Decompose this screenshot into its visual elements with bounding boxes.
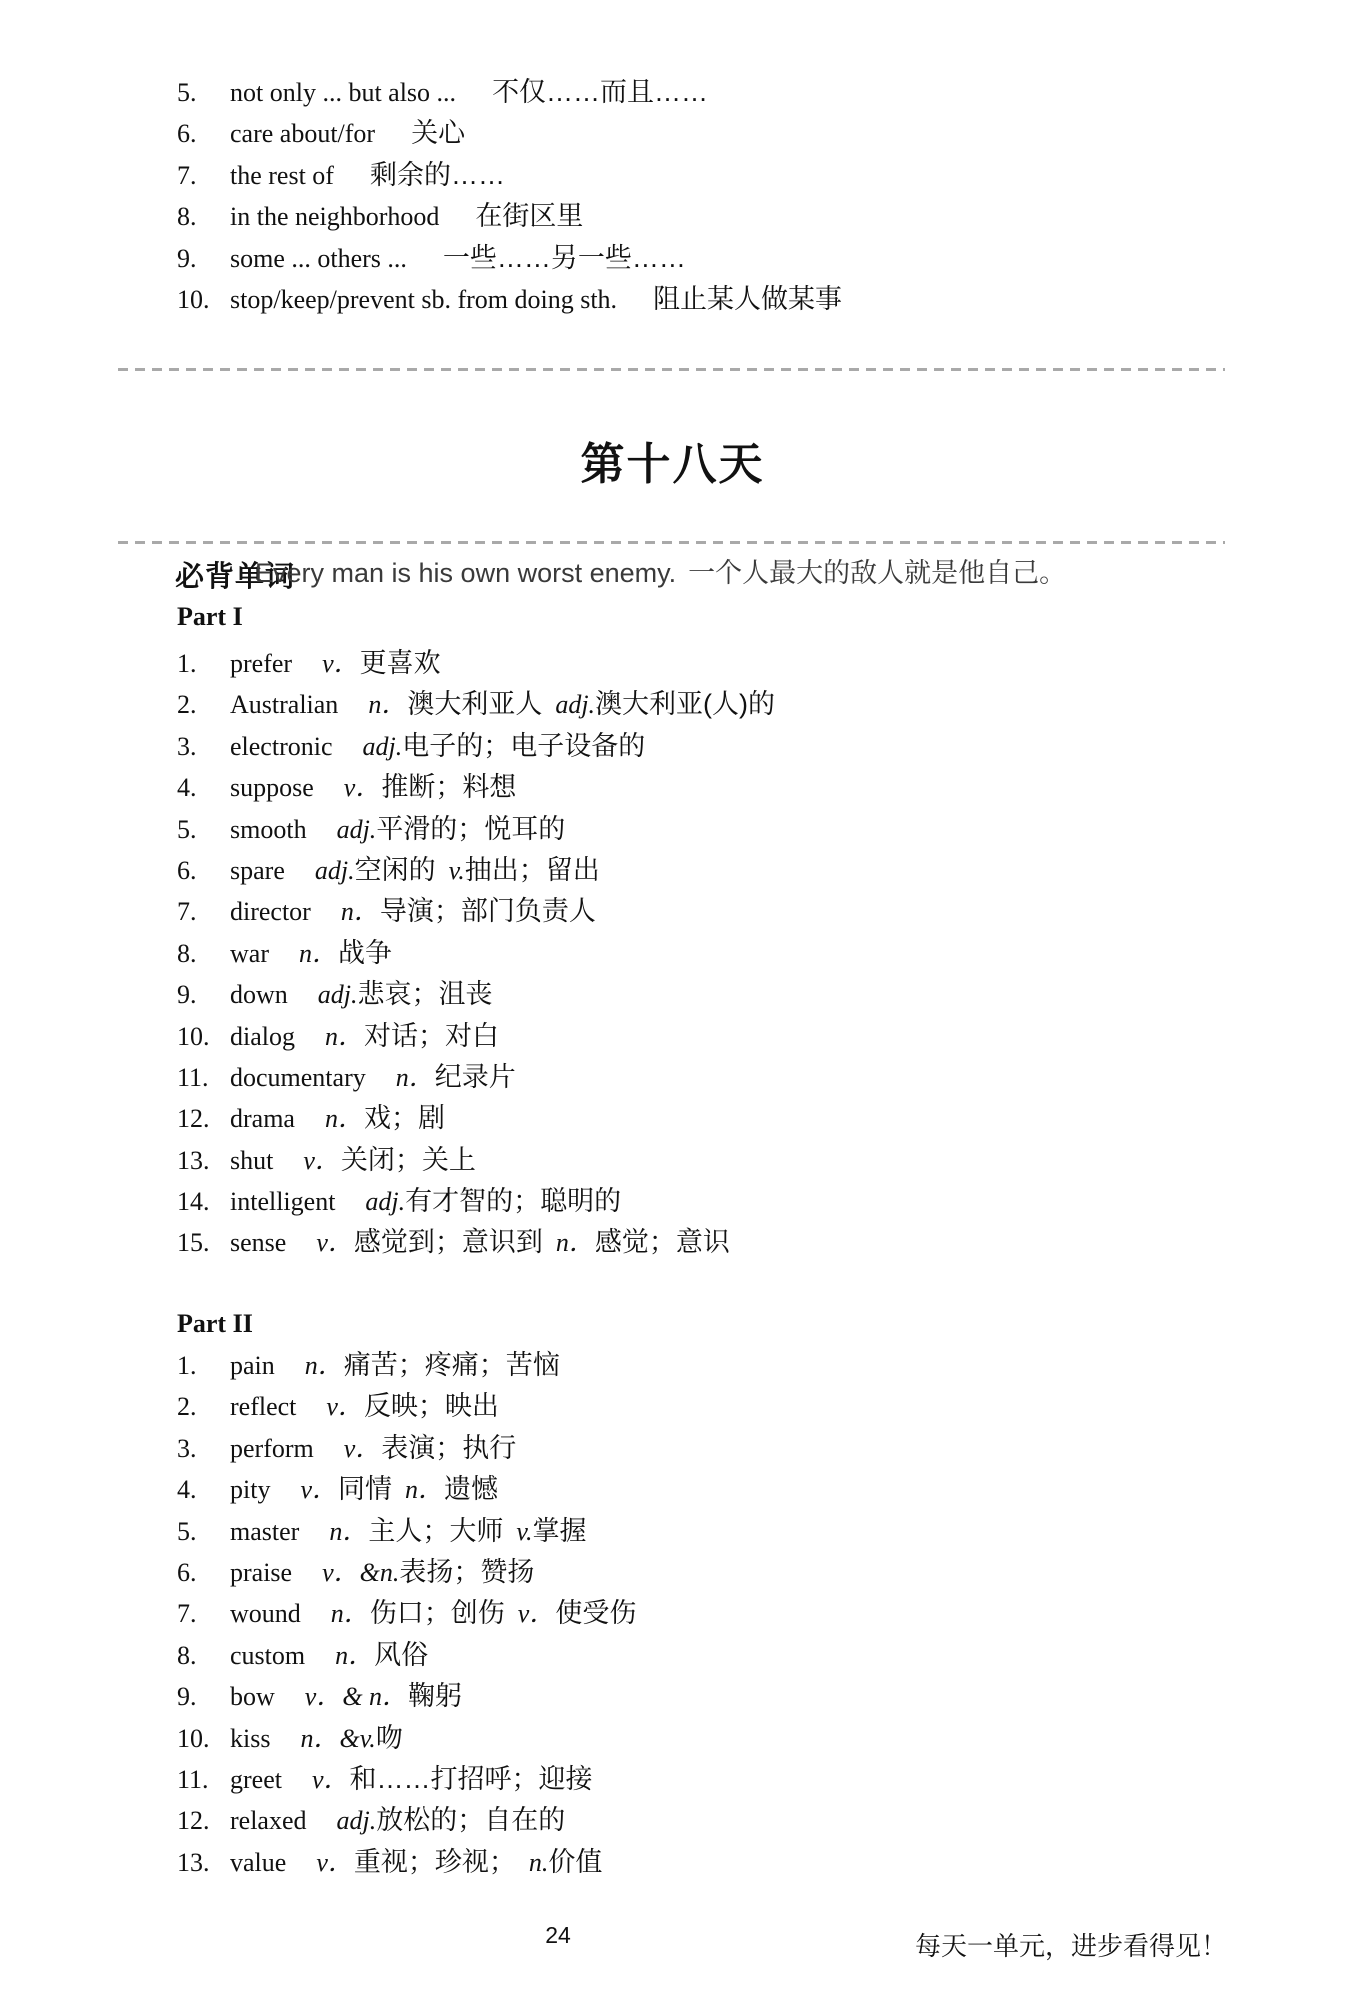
item-english: suppose [230,773,314,802]
chinese-meaning: 主人；大师 [368,1516,503,1546]
item-english: intelligent [230,1187,335,1216]
item-english: some ... others ... [230,244,407,273]
definition-segment: v．同情 [300,1485,392,1502]
chinese-meaning: 更喜欢 [360,648,441,678]
vocab-item: 13.shutv．关闭；关上 [177,1140,1265,1181]
phrase-list: 5.not only ... but also ...不仅……而且…… 6.ca… [177,72,1265,320]
footer-page-number: 24 [545,1922,571,1949]
vocab-item: 1.painn．痛苦；疼痛；苦恼 [177,1345,1265,1386]
item-definition: n．导演；部门负责人 [341,907,596,924]
item-definition: v．关闭；关上 [303,1156,476,1173]
part-of-speech: n． [335,1641,374,1670]
part1-heading: Part I [177,602,243,632]
definition-segment: n．澳大利亚人 [368,700,542,717]
part-of-speech: n． [368,690,407,719]
vocab-item: 2.Australiann．澳大利亚人adj.澳大利亚(人)的 [177,684,1265,725]
vocab-item: 14.intelligentadj.有才智的；聪明的 [177,1181,1265,1222]
definition-segment: 不仅……而且…… [492,88,708,105]
chinese-meaning: 平滑的；悦耳的 [376,814,565,844]
definition-segment: v．表演；执行 [344,1444,517,1461]
item-definition: adj.放松的；自在的 [337,1816,566,1833]
chinese-meaning: 不仅……而且…… [492,77,708,107]
chinese-meaning: 戏；剧 [364,1103,445,1133]
chinese-meaning: 战争 [338,938,392,968]
item-number: 1. [177,643,230,684]
definition-segment: n．对话；对白 [325,1032,499,1049]
chinese-meaning: 导演；部门负责人 [380,896,596,926]
chinese-meaning: 推断；料想 [381,772,516,802]
vocab-item: 9.some ... others ...一些……另一些…… [177,238,1265,279]
item-number: 12. [177,1098,230,1139]
chinese-meaning: 重视；珍视； [354,1847,516,1877]
vocab-item: 7.woundn．伤口；创伤v．使受伤 [177,1593,1265,1634]
vocab-item: 8.warn．战争 [177,933,1265,974]
chinese-meaning: 电子的；电子设备的 [402,731,645,761]
part-of-speech: adj. [337,815,377,844]
chinese-meaning: 吻 [376,1723,403,1753]
item-english: pain [230,1351,275,1380]
item-definition: v．推断；料想 [344,783,517,800]
item-definition: v．和……打招呼；迎接 [312,1775,593,1792]
definition-segment: 关心 [411,129,465,146]
item-english: smooth [230,815,307,844]
definition-segment: v．推断；料想 [344,783,517,800]
item-number: 5. [177,809,230,850]
item-definition: n．风俗 [335,1651,428,1668]
definition-segment: adj.澳大利亚(人)的 [555,700,775,717]
part-of-speech: n． [341,897,380,926]
item-definition: 阻止某人做某事 [653,295,842,312]
chinese-meaning: 表扬；赞扬 [399,1557,534,1587]
vocab-item: 11.greetv．和……打招呼；迎接 [177,1759,1265,1800]
definition-segment: n．风俗 [335,1651,428,1668]
item-definition: v．& n．鞠躬 [305,1692,462,1709]
item-number: 6. [177,1552,230,1593]
item-english: bow [230,1682,275,1711]
item-english: dialog [230,1022,295,1051]
vocab-item: 9.downadj.悲哀；沮丧 [177,974,1265,1015]
item-number: 10. [177,279,230,320]
chinese-meaning: 关心 [411,118,465,148]
item-definition: 一些……另一些…… [443,254,686,271]
vocab-item: 1.preferv．更喜欢 [177,643,1265,684]
item-definition: v．更喜欢 [322,659,441,676]
chinese-meaning: 澳大利亚人 [407,689,542,719]
item-english: reflect [230,1392,296,1421]
definition-segment: n．导演；部门负责人 [341,907,596,924]
definition-segment: 一些……另一些…… [443,254,686,271]
part-of-speech: adj. [318,980,358,1009]
definition-segment: v．关闭；关上 [303,1156,476,1173]
item-number: 3. [177,726,230,767]
chinese-meaning: 伤口；创伤 [370,1598,505,1628]
part-of-speech: v． [344,1434,382,1463]
part-of-speech: adj. [337,1806,377,1835]
item-definition: 剩余的…… [370,171,505,188]
item-english: care about/for [230,119,375,148]
item-number: 4. [177,1469,230,1510]
definition-segment: v.抽出；留出 [449,866,600,883]
part-of-speech: n．&v. [300,1724,375,1753]
vocab-item: 8.customn．风俗 [177,1635,1265,1676]
item-definition: n．纪录片 [396,1073,516,1090]
definition-segment: v．和……打招呼；迎接 [312,1775,593,1792]
chinese-meaning: 反映；映出 [364,1391,499,1421]
definition-segment: 剩余的…… [370,171,505,188]
item-definition: v．&n.表扬；赞扬 [322,1568,534,1585]
footer-slogan: 每天一单元，进步看得见！ [915,1926,1227,1963]
item-definition: adj.有才智的；聪明的 [365,1197,621,1214]
item-number: 2. [177,1386,230,1427]
part2-list: 1.painn．痛苦；疼痛；苦恼 2.reflectv．反映；映出 3.perf… [177,1345,1265,1883]
vocab-item: 3.performv．表演；执行 [177,1428,1265,1469]
item-english: greet [230,1765,282,1794]
item-number: 1. [177,1345,230,1386]
definition-segment: adj.空闲的 [315,866,436,883]
definition-segment: 在街区里 [475,212,583,229]
item-number: 7. [177,155,230,196]
item-english: electronic [230,732,333,761]
item-definition: n．&v.吻 [300,1734,402,1751]
item-english: kiss [230,1724,270,1753]
vocab-item: 6.care about/for关心 [177,113,1265,154]
item-number: 15. [177,1222,230,1263]
part-of-speech: n． [329,1517,368,1546]
item-english: relaxed [230,1806,307,1835]
definition-segment: n．伤口；创伤 [331,1609,505,1626]
definition-segment: adj.悲哀；沮丧 [318,990,493,1007]
chinese-meaning: 表演；执行 [381,1433,516,1463]
definition-segment: adj.电子的；电子设备的 [363,742,646,759]
chinese-meaning: 遗憾 [444,1474,498,1504]
part-of-speech: v. [516,1517,532,1546]
part-of-speech: adj. [363,732,403,761]
item-english: custom [230,1641,305,1670]
definition-segment: n．戏；剧 [325,1114,445,1131]
item-definition: n．主人；大师v.掌握 [329,1527,586,1544]
item-english: down [230,980,288,1009]
part1-list: 1.preferv．更喜欢 2.Australiann．澳大利亚人adj.澳大利… [177,643,1265,1264]
part-of-speech: n． [405,1475,444,1504]
chinese-meaning: 悲哀；沮丧 [358,979,493,1009]
chinese-meaning: 对话；对白 [364,1021,499,1051]
day-title: 第十八天 [0,428,1345,492]
part-of-speech: v． [326,1392,364,1421]
definition-segment: n．&v.吻 [300,1734,402,1751]
item-english: praise [230,1558,292,1587]
vocab-item: 7.directorn．导演；部门负责人 [177,891,1265,932]
chinese-meaning: 抽出；留出 [465,855,600,885]
part-of-speech: v． [344,773,382,802]
item-definition: n．痛苦；疼痛；苦恼 [305,1361,560,1378]
chinese-meaning: 阻止某人做某事 [653,284,842,314]
item-english: director [230,897,311,926]
part2-heading: Part II [177,1309,253,1339]
definition-segment: n.价值 [529,1858,603,1875]
chinese-meaning: 感觉到；意识到 [354,1227,543,1257]
part-of-speech: n． [325,1104,364,1133]
item-definition: n．澳大利亚人adj.澳大利亚(人)的 [368,700,775,717]
item-english: the rest of [230,161,334,190]
item-number: 6. [177,113,230,154]
item-definition: n．对话；对白 [325,1032,499,1049]
item-definition: v．表演；执行 [344,1444,517,1461]
item-number: 8. [177,1635,230,1676]
definition-segment: v．使受伤 [518,1609,637,1626]
item-definition: 关心 [411,129,465,146]
vocab-item: 15.sensev．感觉到；意识到n．感觉；意识 [177,1222,1265,1263]
vocab-item: 10.dialogn．对话；对白 [177,1016,1265,1057]
chinese-meaning: 感觉；意识 [595,1227,730,1257]
part-of-speech: adj. [555,690,595,719]
item-english: war [230,939,269,968]
item-definition: adj.平滑的；悦耳的 [337,825,566,842]
part-of-speech: v． [303,1146,341,1175]
item-english: stop/keep/prevent sb. from doing sth. [230,285,617,314]
chinese-meaning: 同情 [338,1474,392,1504]
chinese-meaning: 风俗 [374,1640,428,1670]
part-of-speech: n． [299,939,338,968]
vocab-item: 5.mastern．主人；大师v.掌握 [177,1511,1265,1552]
chinese-meaning: 掌握 [532,1516,586,1546]
definition-segment: n．感觉；意识 [556,1238,730,1255]
item-number: 14. [177,1181,230,1222]
chinese-meaning: 使受伤 [555,1598,636,1628]
motto-chinese: 一个人最大的敌人就是他自己。 [688,558,1066,588]
part-of-speech: v． [312,1765,350,1794]
dashed-divider-bottom [118,541,1225,544]
definition-segment: adj.平滑的；悦耳的 [337,825,566,842]
part-of-speech: n． [556,1228,595,1257]
chinese-meaning: 放松的；自在的 [376,1805,565,1835]
item-number: 11. [177,1057,230,1098]
item-definition: n．伤口；创伤v．使受伤 [331,1609,637,1626]
vocab-item: 5.smoothadj.平滑的；悦耳的 [177,809,1265,850]
vocab-item: 9.bowv．& n．鞠躬 [177,1676,1265,1717]
item-english: spare [230,856,285,885]
item-english: drama [230,1104,295,1133]
part-of-speech: n． [325,1022,364,1051]
chinese-meaning: 关闭；关上 [341,1145,476,1175]
item-english: sense [230,1228,286,1257]
part-of-speech: v． [316,1848,354,1877]
vocab-item: 4.pityv．同情n．遗憾 [177,1469,1265,1510]
dashed-divider-top [118,368,1225,371]
definition-segment: adj.有才智的；聪明的 [365,1197,621,1214]
daily-motto: Every man is his own worst enemy.一个人最大的敌… [255,551,1066,590]
vocab-item: 10.kissn．&v.吻 [177,1718,1265,1759]
vocab-item: 12.relaxedadj.放松的；自在的 [177,1800,1265,1841]
item-definition: 不仅……而且…… [492,88,708,105]
definition-segment: v.掌握 [516,1527,586,1544]
chinese-meaning: 剩余的…… [370,160,505,190]
chinese-meaning: 澳大利亚(人)的 [595,689,775,719]
definition-segment: v．反映；映出 [326,1402,499,1419]
definition-segment: adj.放松的；自在的 [337,1816,566,1833]
item-number: 8. [177,933,230,974]
item-number: 13. [177,1140,230,1181]
item-number: 12. [177,1800,230,1841]
definition-segment: 阻止某人做某事 [653,295,842,312]
item-english: Australian [230,690,338,719]
vocab-item: 3.electronicadj.电子的；电子设备的 [177,726,1265,767]
item-definition: n．戏；剧 [325,1114,445,1131]
item-english: not only ... but also ... [230,78,456,107]
definition-segment: n．遗憾 [405,1485,498,1502]
item-definition: v．反映；映出 [326,1402,499,1419]
chinese-meaning: 空闲的 [355,855,436,885]
document-page: { "colors":{"text":"#111111","quote":"#3… [0,0,1345,2003]
item-number: 5. [177,1511,230,1552]
item-number: 8. [177,196,230,237]
part-of-speech: n． [305,1351,344,1380]
motto-english: Every man is his own worst enemy. [255,558,676,588]
item-english: wound [230,1599,301,1628]
vocab-item: 13.valuev．重视；珍视；n.价值 [177,1842,1265,1883]
definition-segment: v．重视；珍视； [316,1858,516,1875]
item-definition: n．战争 [299,949,392,966]
chinese-meaning: 价值 [548,1847,602,1877]
item-number: 9. [177,1676,230,1717]
item-definition: v．感觉到；意识到n．感觉；意识 [316,1238,730,1255]
part-of-speech: v．&n. [322,1558,399,1587]
item-number: 7. [177,891,230,932]
part-of-speech: adj. [315,856,355,885]
item-english: value [230,1848,286,1877]
vocab-item: 2.reflectv．反映；映出 [177,1386,1265,1427]
item-definition: adj.悲哀；沮丧 [318,990,493,1007]
definition-segment: v．&n.表扬；赞扬 [322,1568,534,1585]
definition-segment: v．感觉到；意识到 [316,1238,543,1255]
part-of-speech: n． [396,1063,435,1092]
part-of-speech: n. [529,1848,549,1877]
item-english: master [230,1517,299,1546]
vocab-item: 6.praisev．&n.表扬；赞扬 [177,1552,1265,1593]
item-definition: v．同情n．遗憾 [300,1485,498,1502]
definition-segment: n．战争 [299,949,392,966]
item-definition: adj.空闲的v.抽出；留出 [315,866,600,883]
vocab-item: 12.draman．戏；剧 [177,1098,1265,1139]
chinese-meaning: 和……打招呼；迎接 [350,1764,593,1794]
part-of-speech: v. [449,856,465,885]
definition-segment: v．更喜欢 [322,659,441,676]
item-number: 7. [177,1593,230,1634]
item-english: pity [230,1475,270,1504]
item-number: 5. [177,72,230,113]
item-english: documentary [230,1063,366,1092]
vocab-item: 7.the rest of剩余的…… [177,155,1265,196]
chinese-meaning: 一些……另一些…… [443,243,686,273]
chinese-meaning: 鞠躬 [408,1681,462,1711]
definition-segment: n．痛苦；疼痛；苦恼 [305,1361,560,1378]
part-of-speech: adj. [365,1187,405,1216]
chinese-meaning: 有才智的；聪明的 [405,1186,621,1216]
vocab-item: 5.not only ... but also ...不仅……而且…… [177,72,1265,113]
item-number: 9. [177,974,230,1015]
part-of-speech: n． [331,1599,370,1628]
chinese-meaning: 纪录片 [435,1062,516,1092]
item-number: 10. [177,1016,230,1057]
vocab-item: 11.documentaryn．纪录片 [177,1057,1265,1098]
vocab-item: 4.supposev．推断；料想 [177,767,1265,808]
item-number: 10. [177,1718,230,1759]
vocab-item: 6.spareadj.空闲的v.抽出；留出 [177,850,1265,891]
item-definition: adj.电子的；电子设备的 [363,742,646,759]
item-number: 6. [177,850,230,891]
chinese-meaning: 痛苦；疼痛；苦恼 [344,1350,560,1380]
item-english: shut [230,1146,273,1175]
item-number: 13. [177,1842,230,1883]
item-number: 11. [177,1759,230,1800]
part-of-speech: v． [518,1599,556,1628]
item-number: 3. [177,1428,230,1469]
item-english: in the neighborhood [230,202,439,231]
part-of-speech: v． [316,1228,354,1257]
part-of-speech: v．& n． [305,1682,408,1711]
item-number: 4. [177,767,230,808]
part-of-speech: v． [300,1475,338,1504]
chinese-meaning: 在街区里 [475,201,583,231]
definition-segment: n．主人；大师 [329,1527,503,1544]
item-english: prefer [230,649,292,678]
item-number: 9. [177,238,230,279]
part-of-speech: v． [322,649,360,678]
vocab-item: 8.in the neighborhood在街区里 [177,196,1265,237]
item-definition: v．重视；珍视；n.价值 [316,1858,602,1875]
vocab-item: 10.stop/keep/prevent sb. from doing sth.… [177,279,1265,320]
definition-segment: v．& n．鞠躬 [305,1692,462,1709]
item-english: perform [230,1434,314,1463]
definition-segment: n．纪录片 [396,1073,516,1090]
item-definition: 在街区里 [475,212,583,229]
item-number: 2. [177,684,230,725]
